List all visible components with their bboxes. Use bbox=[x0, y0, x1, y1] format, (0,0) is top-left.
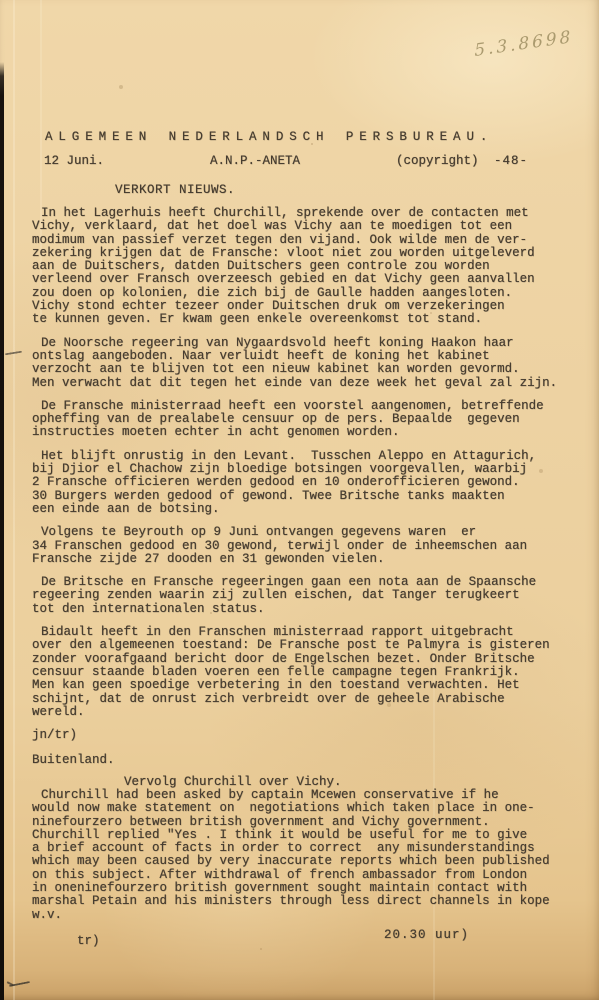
news-paragraph: Bidault heeft in den Franschen ministerr… bbox=[32, 626, 588, 719]
agency-short-name: A.N.P.-ANETA bbox=[210, 154, 300, 168]
date-label: 12 Juni. bbox=[44, 154, 104, 168]
issue-number: -48- bbox=[494, 154, 528, 168]
closing-line: tr) 20.30 uur) bbox=[32, 922, 588, 975]
article-subheading: Vervolg Churchill over Vichy. bbox=[124, 776, 588, 789]
handwritten-annotation: 5.3.8698 bbox=[474, 27, 573, 61]
agency-name: ALGEMEEN NEDERLANDSCH PERSBUREAU. bbox=[45, 130, 585, 144]
scanned-document: 5.3.8698 ALGEMEEN NEDERLANDSCH PERSBUREA… bbox=[0, 0, 599, 1000]
news-paragraph: De Britsche en Fransche regeeringen gaan… bbox=[32, 576, 588, 616]
paper-speckles bbox=[0, 0, 2, 2]
paper-crease bbox=[13, 0, 15, 1000]
news-paragraph: De Fransche ministerraad heeft een voors… bbox=[32, 400, 588, 440]
news-paragraph: In het Lagerhuis heeft Churchill, spreke… bbox=[32, 207, 588, 327]
scan-edge-left bbox=[0, 62, 4, 1000]
document-header: ALGEMEEN NEDERLANDSCH PERSBUREAU. 12 Jun… bbox=[45, 130, 585, 197]
editor-initials: jn/tr) bbox=[32, 729, 588, 742]
timestamp: 20.30 uur) bbox=[384, 929, 469, 942]
news-paragraph-english: Churchill had been asked by captain Mcew… bbox=[32, 789, 588, 922]
section-heading-buitenland: Buitenland. bbox=[32, 754, 588, 767]
news-paragraph: Volgens te Beyrouth op 9 Juni ontvangen … bbox=[32, 526, 588, 566]
section-title: VERKORT NIEUWS. bbox=[115, 183, 585, 197]
document-body: In het Lagerhuis heeft Churchill, spreke… bbox=[32, 207, 588, 975]
translator-initials: tr) bbox=[77, 934, 100, 948]
news-paragraph: Het blijft onrustig in den Levant. Tussc… bbox=[32, 450, 588, 516]
news-paragraph: De Noorsche regeering van Nygaardsvold h… bbox=[32, 337, 588, 390]
header-row: 12 Juni. A.N.P.-ANETA (copyright) -48- bbox=[45, 154, 585, 168]
copyright-label: (copyright) bbox=[396, 154, 479, 168]
